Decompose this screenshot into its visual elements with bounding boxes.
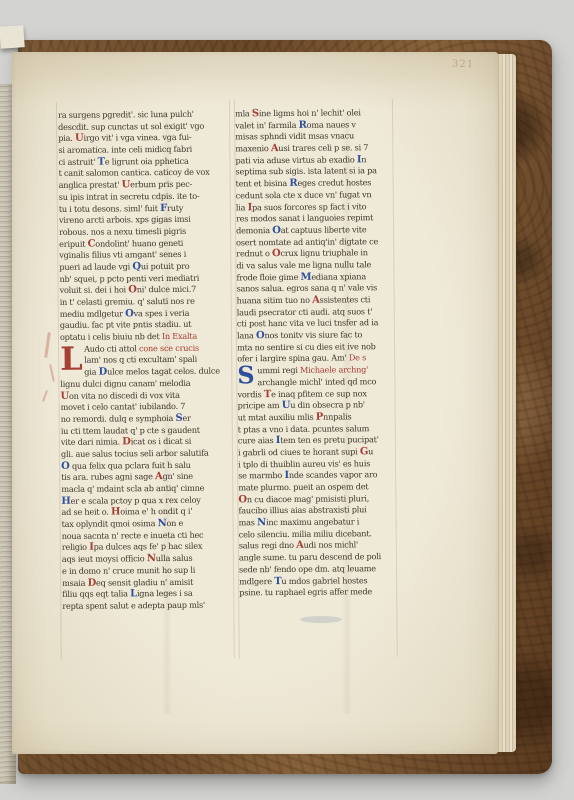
body-text: ulla salus [156,553,193,563]
body-text: ut mtat auxiliu mlis [238,412,316,423]
blue-initial-text: R [289,178,297,189]
body-text: res modos sanat i languoies repimt [236,212,373,223]
rubric-text: O [272,248,281,259]
body-text: e inaq pfitem ce sup nox [271,388,367,399]
body-text: crux lignu triuphale in [280,247,367,258]
manuscript-line: cedunt sola cte x duce vn' fugat vn [236,189,394,202]
manuscript-line: i gabrli od ciues te horant supi Gu [238,446,396,459]
body-text: lignu dulci dignu canam' melodia [60,378,190,389]
body-text: cedunt sola cte x duce vn' fugat vn [236,189,372,200]
body-text: ni' dulce mici.7 [137,284,196,295]
body-text: eripuit [59,238,87,248]
blue-initial-text: O [125,308,134,319]
manuscript-line: repta spent salut e adepta paup mls' [62,599,234,612]
body-text: demonia [236,225,272,235]
manuscript-line: sede nb' fendo ope dm. atq leuame [239,563,397,576]
manuscript-line: t canit salomon cantica. caticoy de vox [59,167,231,180]
rubric-text: A [271,143,279,154]
body-text: mediu mdlgetur [60,308,125,319]
rubric-text: N [147,553,156,564]
body-text: filiu qqs eqt talia [62,589,130,600]
blue-initial-text: H [61,496,70,507]
rubric-text: G [360,446,368,457]
manuscript-text-block: ra surgens pgredit'. sic luna pulch'desc… [0,0,574,800]
body-text: gli. aue salus tocius seli arbor salutif… [61,448,209,459]
dropcap-initial: S [237,363,255,389]
body-text: mas [239,517,258,527]
body-text: sede nb' fendo ope dm. atq leuame [239,563,376,574]
body-text: t canit salomon cantica. caticoy de vox [59,167,210,178]
body-text: er [182,413,190,423]
body-text: vordis [237,389,263,399]
rubric-text: cone sce crucis [139,342,199,353]
body-text: pia. [58,133,75,143]
body-text: tu i totu desons. siml' fuit [59,203,160,214]
body-text: faucibo illius aias abstraxisti plui [238,505,366,516]
blue-initial-text: N [158,518,167,529]
body-text: nde scandes vapor aro [289,469,378,480]
manuscript-line: mta no sentire si cu dies eit ive nob [237,341,395,354]
body-text: robous. nos a nexu timesli pigris [59,226,186,237]
manuscript-line: gli. aue salus tocius seli arbor salutif… [61,447,233,460]
body-text: tax oplyndit qmoi osima [62,518,158,529]
body-text: on vita no discedi di vox vita [69,389,180,400]
body-text: laudi psecrator cti audi. atq suos t' [237,306,373,317]
body-text: lam' nos q cti excultam' spali [84,354,197,365]
body-text: n cu diacoe mag' pmisisti pluri, [247,493,369,504]
body-text: salus regi dno [239,540,296,550]
body-text: vite dari nimia. [61,437,122,448]
body-text: lia [236,202,248,212]
body-text: cure aias [238,435,276,445]
body-text: anglica prestat' [59,180,122,191]
rubric-text: D [122,437,131,448]
rubric-text: A [312,295,320,306]
body-text: gia [84,367,98,377]
body-text: ediana xpiana [311,271,366,281]
body-text: ulce melos tagat celos. dulce [107,366,220,377]
rubric-text: D [88,577,97,588]
body-text: sanos salua. egros sana q n' vale vis [237,282,378,293]
body-text: tent et bisina [236,178,290,188]
manuscript-line: gia Dulce melos tagat celos. dulce [60,366,232,379]
body-text: igna leges i sa [137,588,193,598]
body-text: pueri ad laude vgi [59,261,132,272]
body-text: eges credut hostes [297,177,371,188]
body-text: ad se heit o. [61,507,111,517]
left-text-column: ra surgens pgredit'. sic luna pulch'desc… [58,108,234,612]
rubric-text: U [75,133,84,144]
body-text: gn' sine [162,471,192,481]
body-text: ra surgens pgredit'. sic luna pulch' [58,109,194,120]
body-text: vireno arcti arbois. xps gigas imsi [59,214,191,225]
body-text: pati via aduse virtus ab exadio [235,154,356,165]
body-text: u mdos gabriel hostes [281,575,367,586]
body-text: frode floie gime [236,271,300,282]
body-text: pa suos forcores sp fact i vito [252,201,366,212]
body-text: er e scala pctoy p qua x rex celoy [71,494,201,505]
body-text: mate plurmo. pueit an ospem det [238,481,368,492]
body-text: psine. tu raphael egris affer mede [239,586,372,597]
body-text: di va salus vale me ligna nullu tale [236,259,371,270]
rubric-text: H [111,507,120,518]
rubric-text: O [128,285,137,296]
body-text: qua felix qua pclara fuit h salu [70,459,191,470]
manuscript-line: archangle michl' inted qd mco [237,376,395,389]
body-text: eq sensit gladiu n' amisit [96,576,193,587]
body-text: angle sume. tu paru descend de poli [239,551,381,562]
body-text: nb' squei, p pcto penti veri mediatri [59,272,199,283]
manuscript-line: psine. tu raphael egris affer mede [239,586,397,599]
body-text: ruty [167,202,183,212]
body-text: si aromatica. inte celi midicq fabri [58,144,192,155]
body-text: ine ligms hoi n' lechit' olei [259,107,361,118]
rubric-text: In Exalta [162,331,197,341]
body-text: rednut o [236,248,272,258]
body-text: mdlgere [239,576,274,586]
body-text: vginalis filius vti amgant' senes i [59,249,186,260]
body-text: movet i celo cantat' iubilando. 7 [61,401,186,412]
body-text: irgo vit' i vga vinea. vga fui- [83,132,191,143]
body-text: pricipe am [238,400,282,410]
faint-smudge [300,616,342,623]
body-text: pa dulces aqs fe' p hac silex [94,541,203,552]
body-text: oima e' h ondit q i' [120,506,192,517]
body-text: se marmbo [238,470,284,480]
blue-initial-text: O [272,225,281,236]
body-text: nos tonitv vis siure fac to [264,329,362,340]
body-text: lana [237,330,256,340]
body-text: oma naues v [307,119,356,129]
body-text: t ptas a vno i data. pcuntes salum [238,423,369,434]
body-text: no remordi. dulq e symphoia [61,413,176,424]
rubric-text: A [296,540,304,551]
body-text: e in domo n' cruce munit ho sup li [62,565,195,576]
manuscript-line: osert nomtate ad antiq'in' digtate ce [236,236,394,249]
body-text: Audo cti attol [84,343,139,353]
body-text: valet in' farmila [235,120,299,131]
manuscript-line: res modos sanat i languoies repimt [236,212,394,225]
body-text: mta no sentire si cu dies eit ive nob [237,341,376,352]
body-text: ondolint' huano geneti [95,237,183,248]
blue-initial-text: M [300,271,311,282]
body-text: at captuus liberte vite [281,224,367,235]
body-text: icat os i dicat si [131,436,192,447]
body-text: ssistentes cti [320,294,371,304]
body-text: udi nos michl' [304,540,358,550]
manuscript-line: se marmbo Inde scandes vapor aro [238,469,396,482]
body-text: misas sphndi vidit msas vnacu [235,131,354,142]
body-text: gaudiu. fac pt vite pntis stadiu. ut [60,319,192,330]
body-text: voluit si. dei i hoi [60,285,129,296]
body-text: va spes i veria [134,307,190,317]
rubric-text: De s [349,353,366,363]
body-text: ci astruit' [58,156,97,166]
body-text: iu cti ttem laudat q' p cte s gaudent [61,424,200,435]
manuscript-line: di va salus vale me ligna nullu tale [236,259,394,272]
body-text: inc maximu angebatur i [266,516,359,527]
manuscript-line: cti post hanc vita ve luci tnsfer ad ia [237,317,395,330]
body-text: mla [235,108,252,118]
body-text: u din obsecra p nb' [290,399,365,410]
rubric-text: Michaele archng' [300,364,368,375]
body-text: septima sub sigis. ista latent si ia pa [235,166,376,177]
body-text: tis ara. rubes agni sage [61,471,155,482]
body-text: erbum pris pec- [130,179,192,190]
body-text: in t' celasti gremiu. q' saluti nos re [60,296,195,307]
right-text-column: mla Sine ligms hoi n' lechit' oleivalet … [235,107,397,599]
body-text: ummi regi [257,365,300,375]
blue-initial-text: Q [132,261,141,272]
body-text: tem ten es pretu pucipat' [280,434,379,445]
body-text: i gabrli od ciues te horant supi [238,446,360,457]
rubric-text: T [264,389,271,400]
body-text: celo silenciu. milia miliu dicebant. [239,528,372,539]
body-text: osert nomtate ad antiq'in' digtate ce [236,236,378,247]
body-text: macla q' mdaint scla ab antiq' cimne [61,483,204,494]
body-text: msaia [62,577,88,587]
body-text: n [361,154,366,164]
body-text: huana sitim tuo no [237,295,313,306]
body-text: noua sacnta n' recte e inueta cti hec [62,529,204,540]
body-text: archangle michl' inted qd mco [257,376,376,387]
body-text: ui potuit pro [141,261,190,271]
body-text: u [368,446,373,456]
body-text: descdit. sup cunctas ut sol exigit' vgo [58,120,204,131]
body-text: religio [62,542,89,552]
body-text: e ligrunt oia pphetica [105,156,189,167]
body-text: maxenio [235,143,271,153]
body-text: cti post hanc vita ve luci tnsfer ad ia [237,318,378,329]
body-text: nnpalis [323,411,351,421]
blue-initial-text: U [282,400,291,411]
body-text: su ipis intrat in secretu cdpis. ite to- [59,191,200,202]
body-text: aqs ieut moysi officio [62,553,147,564]
body-text: i tplo di thuiblin aureu vis' es huis [238,458,370,469]
photo-of-open-manuscript-book: 321 ra surgens pgredit'. sic luna pulch'… [0,0,574,800]
blue-initial-text: D [99,367,108,378]
body-text: repta spent salut e adepta paup mls' [62,600,205,611]
dropcap-initial: L [60,341,83,378]
body-text: usi trares celi p se. si 7 [278,142,368,153]
body-text: on e [166,518,183,528]
manuscript-line: sanos salua. egros sana q n' vale vis [237,282,395,295]
